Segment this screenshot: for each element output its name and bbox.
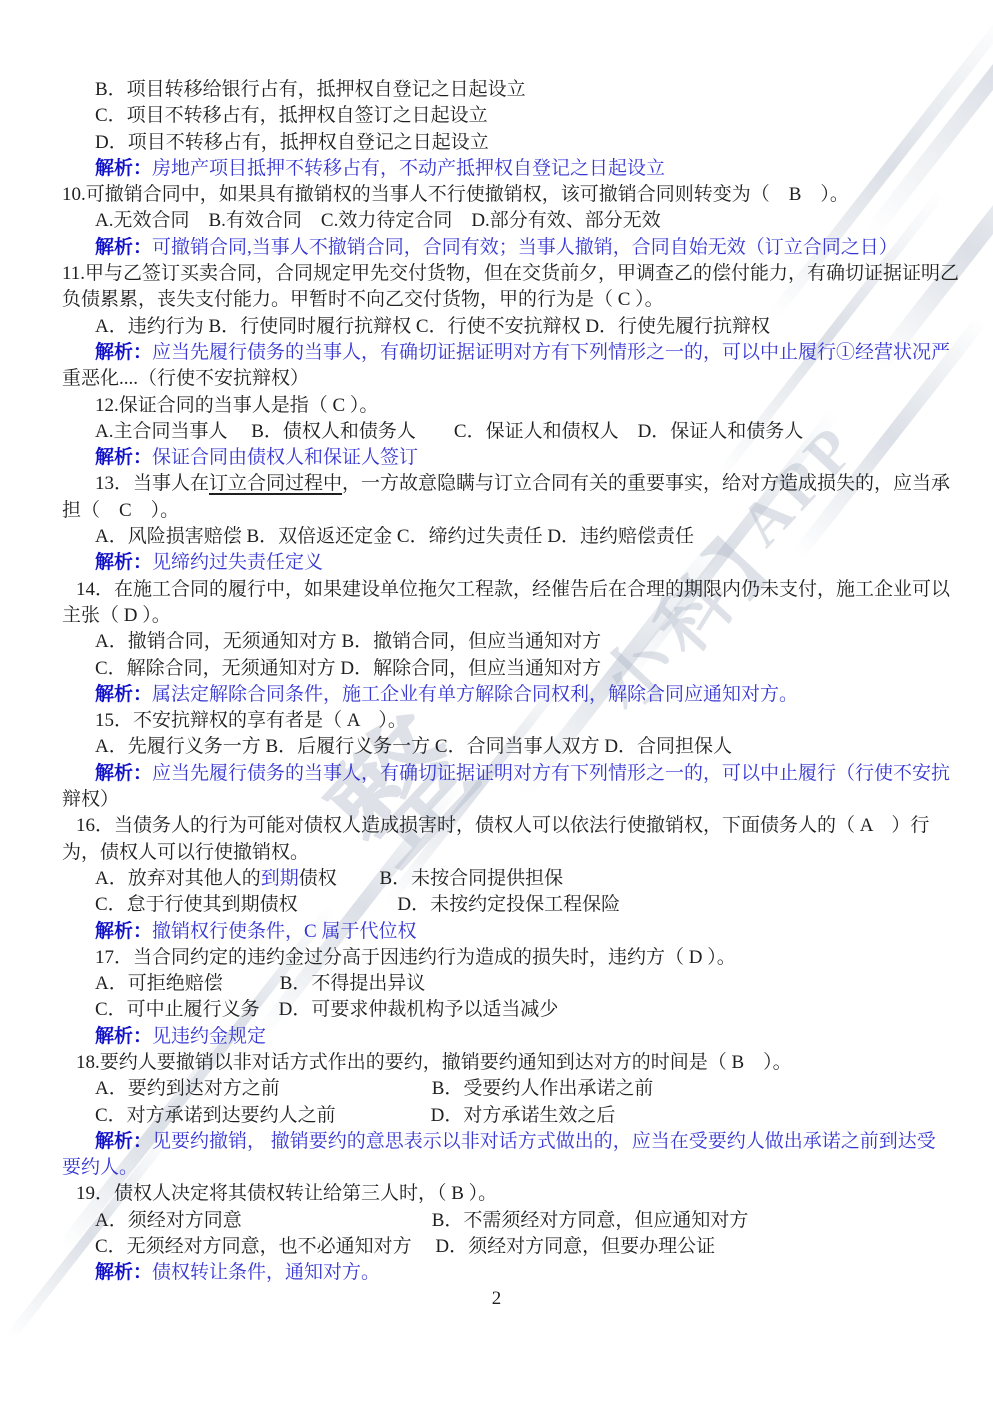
text-segment: C．可中止履行义务 D．可要求仲裁机构予以适当减少 xyxy=(95,999,558,1020)
text-line: 18.要约人要撤销以非对话方式作出的要约，撤销要约通知到达对方的时间是（ B ）… xyxy=(0,1050,955,1076)
text-segment: A．撤销合同，无须通知对方 B．撤销合同，但应当通知对方 xyxy=(95,631,601,652)
text-line: 重恶化....（行使不安抗辩权） xyxy=(0,366,955,392)
text-line: A．可拒绝赔偿 B．不得提出异议 xyxy=(0,971,955,997)
analysis-label: 解析： xyxy=(95,447,152,468)
text-line: 为，债权人可以行使撤销权。 xyxy=(0,840,955,866)
text-line: A．撤销合同，无须通知对方 B．撤销合同，但应当通知对方 xyxy=(0,629,955,655)
text-line: A．先履行义务一方 B．后履行义务一方 C．合同当事人双方 D．合同担保人 xyxy=(0,734,955,760)
document-page: 整 小科】 APP B．项目转移给银行占有，抵押权自登记之日起设立C．项目不转移… xyxy=(0,0,993,1404)
text-segment: A.主合同当事人 B．债权人和债务人 C．保证人和债权人 D．保证人和债务人 xyxy=(95,421,803,442)
text-line: 16．当债务人的行为可能对债权人造成损害时，债权人可以依法行使撤销权，下面债务人… xyxy=(0,813,955,839)
text-line: 解析：应当先履行债务的当事人，有确切证据证明对方有下列情形之一的，可以中止履行①… xyxy=(0,340,955,366)
text-line: A．风险损害赔偿 B．双倍返还定金 C．缔约过失责任 D．违约赔偿责任 xyxy=(0,524,955,550)
text-line: A．违约行为 B．行使同时履行抗辩权 C．行使不安抗辩权 D．行使先履行抗辩权 xyxy=(0,314,955,340)
text-line: 解析：见缔约过失责任定义 xyxy=(0,550,955,576)
text-line: C．无须经对方同意，也不必通知对方 D．须经对方同意，但要办理公证 xyxy=(0,1234,955,1260)
text-segment: 见要约撤销， 撤销要约的意思表示以非对话方式做出的，应当在受要约人做出承诺之前到… xyxy=(152,1131,936,1152)
text-segment: 19．债权人决定将其债权转让给第三人时，（ B ）。 xyxy=(76,1183,497,1204)
text-line: B．项目转移给银行占有，抵押权自登记之日起设立 xyxy=(0,77,955,103)
text-line: 12.保证合同的当事人是指（ C ）。 xyxy=(0,393,955,419)
analysis-label: 解析： xyxy=(95,921,152,942)
text-line: 解析：保证合同由债权人和保证人签订 xyxy=(0,445,955,471)
text-line: D．项目不转移占有，抵押权自登记之日起设立 xyxy=(0,130,955,156)
text-segment: 应当先履行债务的当事人，有确切证据证明对方有下列情形之一的，可以中止履行（行使不… xyxy=(152,763,950,784)
text-segment: 属法定解除合同条件，施工企业有单方解除合同权利，解除合同应通知对方。 xyxy=(152,684,798,705)
text-segment: 为，债权人可以行使撤销权。 xyxy=(62,842,309,863)
text-segment: 12.保证合同的当事人是指（ C ）。 xyxy=(95,395,378,416)
text-segment: 撤销权行使条件，C 属于代位权 xyxy=(152,921,416,942)
text-segment: C．解除合同，无须通知对方 D．解除合同，但应当通知对方 xyxy=(95,658,601,679)
text-line: C．项目不转移占有，抵押权自签订之日起设立 xyxy=(0,103,955,129)
text-line: A．要约到达对方之前 B．受要约人作出承诺之前 xyxy=(0,1076,955,1102)
text-line: 解析：见违约金规定 xyxy=(0,1024,955,1050)
text-segment: C．怠于行使其到期债权 D．未按约定投保工程保险 xyxy=(95,894,620,915)
text-segment: 到期 xyxy=(261,868,299,889)
text-segment: 见缔约过失责任定义 xyxy=(152,552,323,573)
text-segment: 要约人。 xyxy=(62,1157,138,1178)
text-segment: A.无效合同 B.有效合同 C.效力待定合同 D.部分有效、部分无效 xyxy=(95,210,661,231)
analysis-label: 解析： xyxy=(95,763,152,784)
text-line: 14．在施工合同的履行中，如果建设单位拖欠工程款，经催告后在合理的期限内仍未支付… xyxy=(0,577,955,603)
text-line: A.无效合同 B.有效合同 C.效力待定合同 D.部分有效、部分无效 xyxy=(0,208,955,234)
text-segment: 11.甲与乙签订买卖合同，合同规定甲先交付货物，但在交货前夕，甲调查乙的偿付能力… xyxy=(62,263,959,284)
analysis-label: 解析： xyxy=(95,684,152,705)
text-line: 解析：房地产项目抵押不转移占有，不动产抵押权自登记之日起设立 xyxy=(0,156,955,182)
analysis-label: 解析： xyxy=(95,552,152,573)
text-segment: 18.要约人要撤销以非对话方式作出的要约，撤销要约通知到达对方的时间是（ B ）… xyxy=(76,1052,792,1073)
text-segment: 见违约金规定 xyxy=(152,1026,266,1047)
text-line: 11.甲与乙签订买卖合同，合同规定甲先交付货物，但在交货前夕，甲调查乙的偿付能力… xyxy=(0,261,955,287)
text-segment: A．放弃对其他人的 xyxy=(95,868,261,889)
text-segment: 房地产项目抵押不转移占有，不动产抵押权自登记之日起设立 xyxy=(152,158,665,179)
document-body: B．项目转移给银行占有，抵押权自登记之日起设立C．项目不转移占有，抵押权自签订之… xyxy=(0,77,955,1287)
text-segment: 15．不安抗辩权的享有者是（ A ）。 xyxy=(95,710,407,731)
analysis-label: 解析： xyxy=(95,237,152,258)
text-segment: B．项目转移给银行占有，抵押权自登记之日起设立 xyxy=(95,79,526,100)
text-segment: 订立合同过程中 xyxy=(209,473,342,494)
text-segment: A．先履行义务一方 B．后履行义务一方 C．合同当事人双方 D．合同担保人 xyxy=(95,736,732,757)
text-line: 解析：应当先履行债务的当事人，有确切证据证明对方有下列情形之一的，可以中止履行（… xyxy=(0,761,955,787)
text-segment: C．无须经对方同意，也不必通知对方 D．须经对方同意，但要办理公证 xyxy=(95,1236,715,1257)
text-segment: 16．当债务人的行为可能对债权人造成损害时，债权人可以依法行使撤销权，下面债务人… xyxy=(76,815,929,836)
text-line: 解析：属法定解除合同条件，施工企业有单方解除合同权利，解除合同应通知对方。 xyxy=(0,682,955,708)
page-number: 2 xyxy=(0,1288,993,1310)
text-segment: C．项目不转移占有，抵押权自签订之日起设立 xyxy=(95,105,488,126)
text-line: A．须经对方同意 B．不需须经对方同意，但应通知对方 xyxy=(0,1208,955,1234)
analysis-label: 解析： xyxy=(95,158,152,179)
text-segment: 担（ C ）。 xyxy=(62,500,179,521)
text-segment: D．项目不转移占有，抵押权自登记之日起设立 xyxy=(95,132,489,153)
analysis-label: 解析： xyxy=(95,342,152,363)
text-line: 15．不安抗辩权的享有者是（ A ）。 xyxy=(0,708,955,734)
text-segment: 债权 B．未按合同提供担保 xyxy=(299,868,563,889)
text-segment: 债权转让条件，通知对方。 xyxy=(152,1262,380,1283)
text-segment: 主张（ D ）。 xyxy=(62,605,171,626)
text-line: 解析：可撤销合同,当事人不撤销合同，合同有效；当事人撤销，合同自始无效（订立合同… xyxy=(0,235,955,261)
text-line: 辩权） xyxy=(0,787,955,813)
text-segment: C．对方承诺到达要约人之前 D．对方承诺生效之后 xyxy=(95,1105,615,1126)
text-segment: ，一方故意隐瞒与订立合同有关的重要事实，给对方造成损失的，应当承 xyxy=(342,473,950,494)
text-line: 10.可撤销合同中，如果具有撤销权的当事人不行使撤销权，该可撤销合同则转变为（ … xyxy=(0,182,955,208)
text-segment: 13．当事人在 xyxy=(95,473,209,494)
text-segment: 辩权） xyxy=(62,789,119,810)
text-segment: 负债累累，丧失支付能力。甲暂时不向乙交付货物，甲的行为是（ C ）。 xyxy=(62,289,664,310)
text-segment: A．须经对方同意 B．不需须经对方同意，但应通知对方 xyxy=(95,1210,748,1231)
text-line: 解析：撤销权行使条件，C 属于代位权 xyxy=(0,919,955,945)
text-line: C．对方承诺到达要约人之前 D．对方承诺生效之后 xyxy=(0,1103,955,1129)
text-segment: 应当先履行债务的当事人，有确切证据证明对方有下列情形之一的，可以中止履行①经营状… xyxy=(152,342,950,363)
text-segment: 17．当合同约定的违约金过分高于因违约行为造成的损失时，违约方（ D ）。 xyxy=(95,947,736,968)
text-line: 解析：债权转让条件，通知对方。 xyxy=(0,1260,955,1286)
text-segment: 可撤销合同,当事人不撤销合同，合同有效；当事人撤销，合同自始无效（订立合同之日） xyxy=(152,237,898,258)
text-line: 解析：见要约撤销， 撤销要约的意思表示以非对话方式做出的，应当在受要约人做出承诺… xyxy=(0,1129,955,1155)
analysis-label: 解析： xyxy=(95,1131,152,1152)
analysis-label: 解析： xyxy=(95,1262,152,1283)
text-line: 13．当事人在订立合同过程中，一方故意隐瞒与订立合同有关的重要事实，给对方造成损… xyxy=(0,471,955,497)
text-segment: 保证合同由债权人和保证人签订 xyxy=(152,447,418,468)
text-segment: 重恶化....（行使不安抗辩权） xyxy=(62,368,309,389)
text-line: 主张（ D ）。 xyxy=(0,603,955,629)
text-segment: 10.可撤销合同中，如果具有撤销权的当事人不行使撤销权，该可撤销合同则转变为（ … xyxy=(62,184,849,205)
text-line: C．怠于行使其到期债权 D．未按约定投保工程保险 xyxy=(0,892,955,918)
text-line: C．可中止履行义务 D．可要求仲裁机构予以适当减少 xyxy=(0,997,955,1023)
text-line: C．解除合同，无须通知对方 D．解除合同，但应当通知对方 xyxy=(0,656,955,682)
text-segment: 14．在施工合同的履行中，如果建设单位拖欠工程款，经催告后在合理的期限内仍未支付… xyxy=(76,579,950,600)
text-line: A．放弃对其他人的到期债权 B．未按合同提供担保 xyxy=(0,866,955,892)
text-line: A.主合同当事人 B．债权人和债务人 C．保证人和债权人 D．保证人和债务人 xyxy=(0,419,955,445)
text-line: 19．债权人决定将其债权转让给第三人时，（ B ）。 xyxy=(0,1181,955,1207)
text-segment: A．违约行为 B．行使同时履行抗辩权 C．行使不安抗辩权 D．行使先履行抗辩权 xyxy=(95,316,770,337)
text-segment: A．可拒绝赔偿 B．不得提出异议 xyxy=(95,973,425,994)
text-line: 担（ C ）。 xyxy=(0,498,955,524)
text-line: 17．当合同约定的违约金过分高于因违约行为造成的损失时，违约方（ D ）。 xyxy=(0,945,955,971)
text-line: 要约人。 xyxy=(0,1155,955,1181)
text-segment: A．要约到达对方之前 B．受要约人作出承诺之前 xyxy=(95,1078,653,1099)
text-line: 负债累累，丧失支付能力。甲暂时不向乙交付货物，甲的行为是（ C ）。 xyxy=(0,287,955,313)
text-segment: A．风险损害赔偿 B．双倍返还定金 C．缔约过失责任 D．违约赔偿责任 xyxy=(95,526,694,547)
analysis-label: 解析： xyxy=(95,1026,152,1047)
